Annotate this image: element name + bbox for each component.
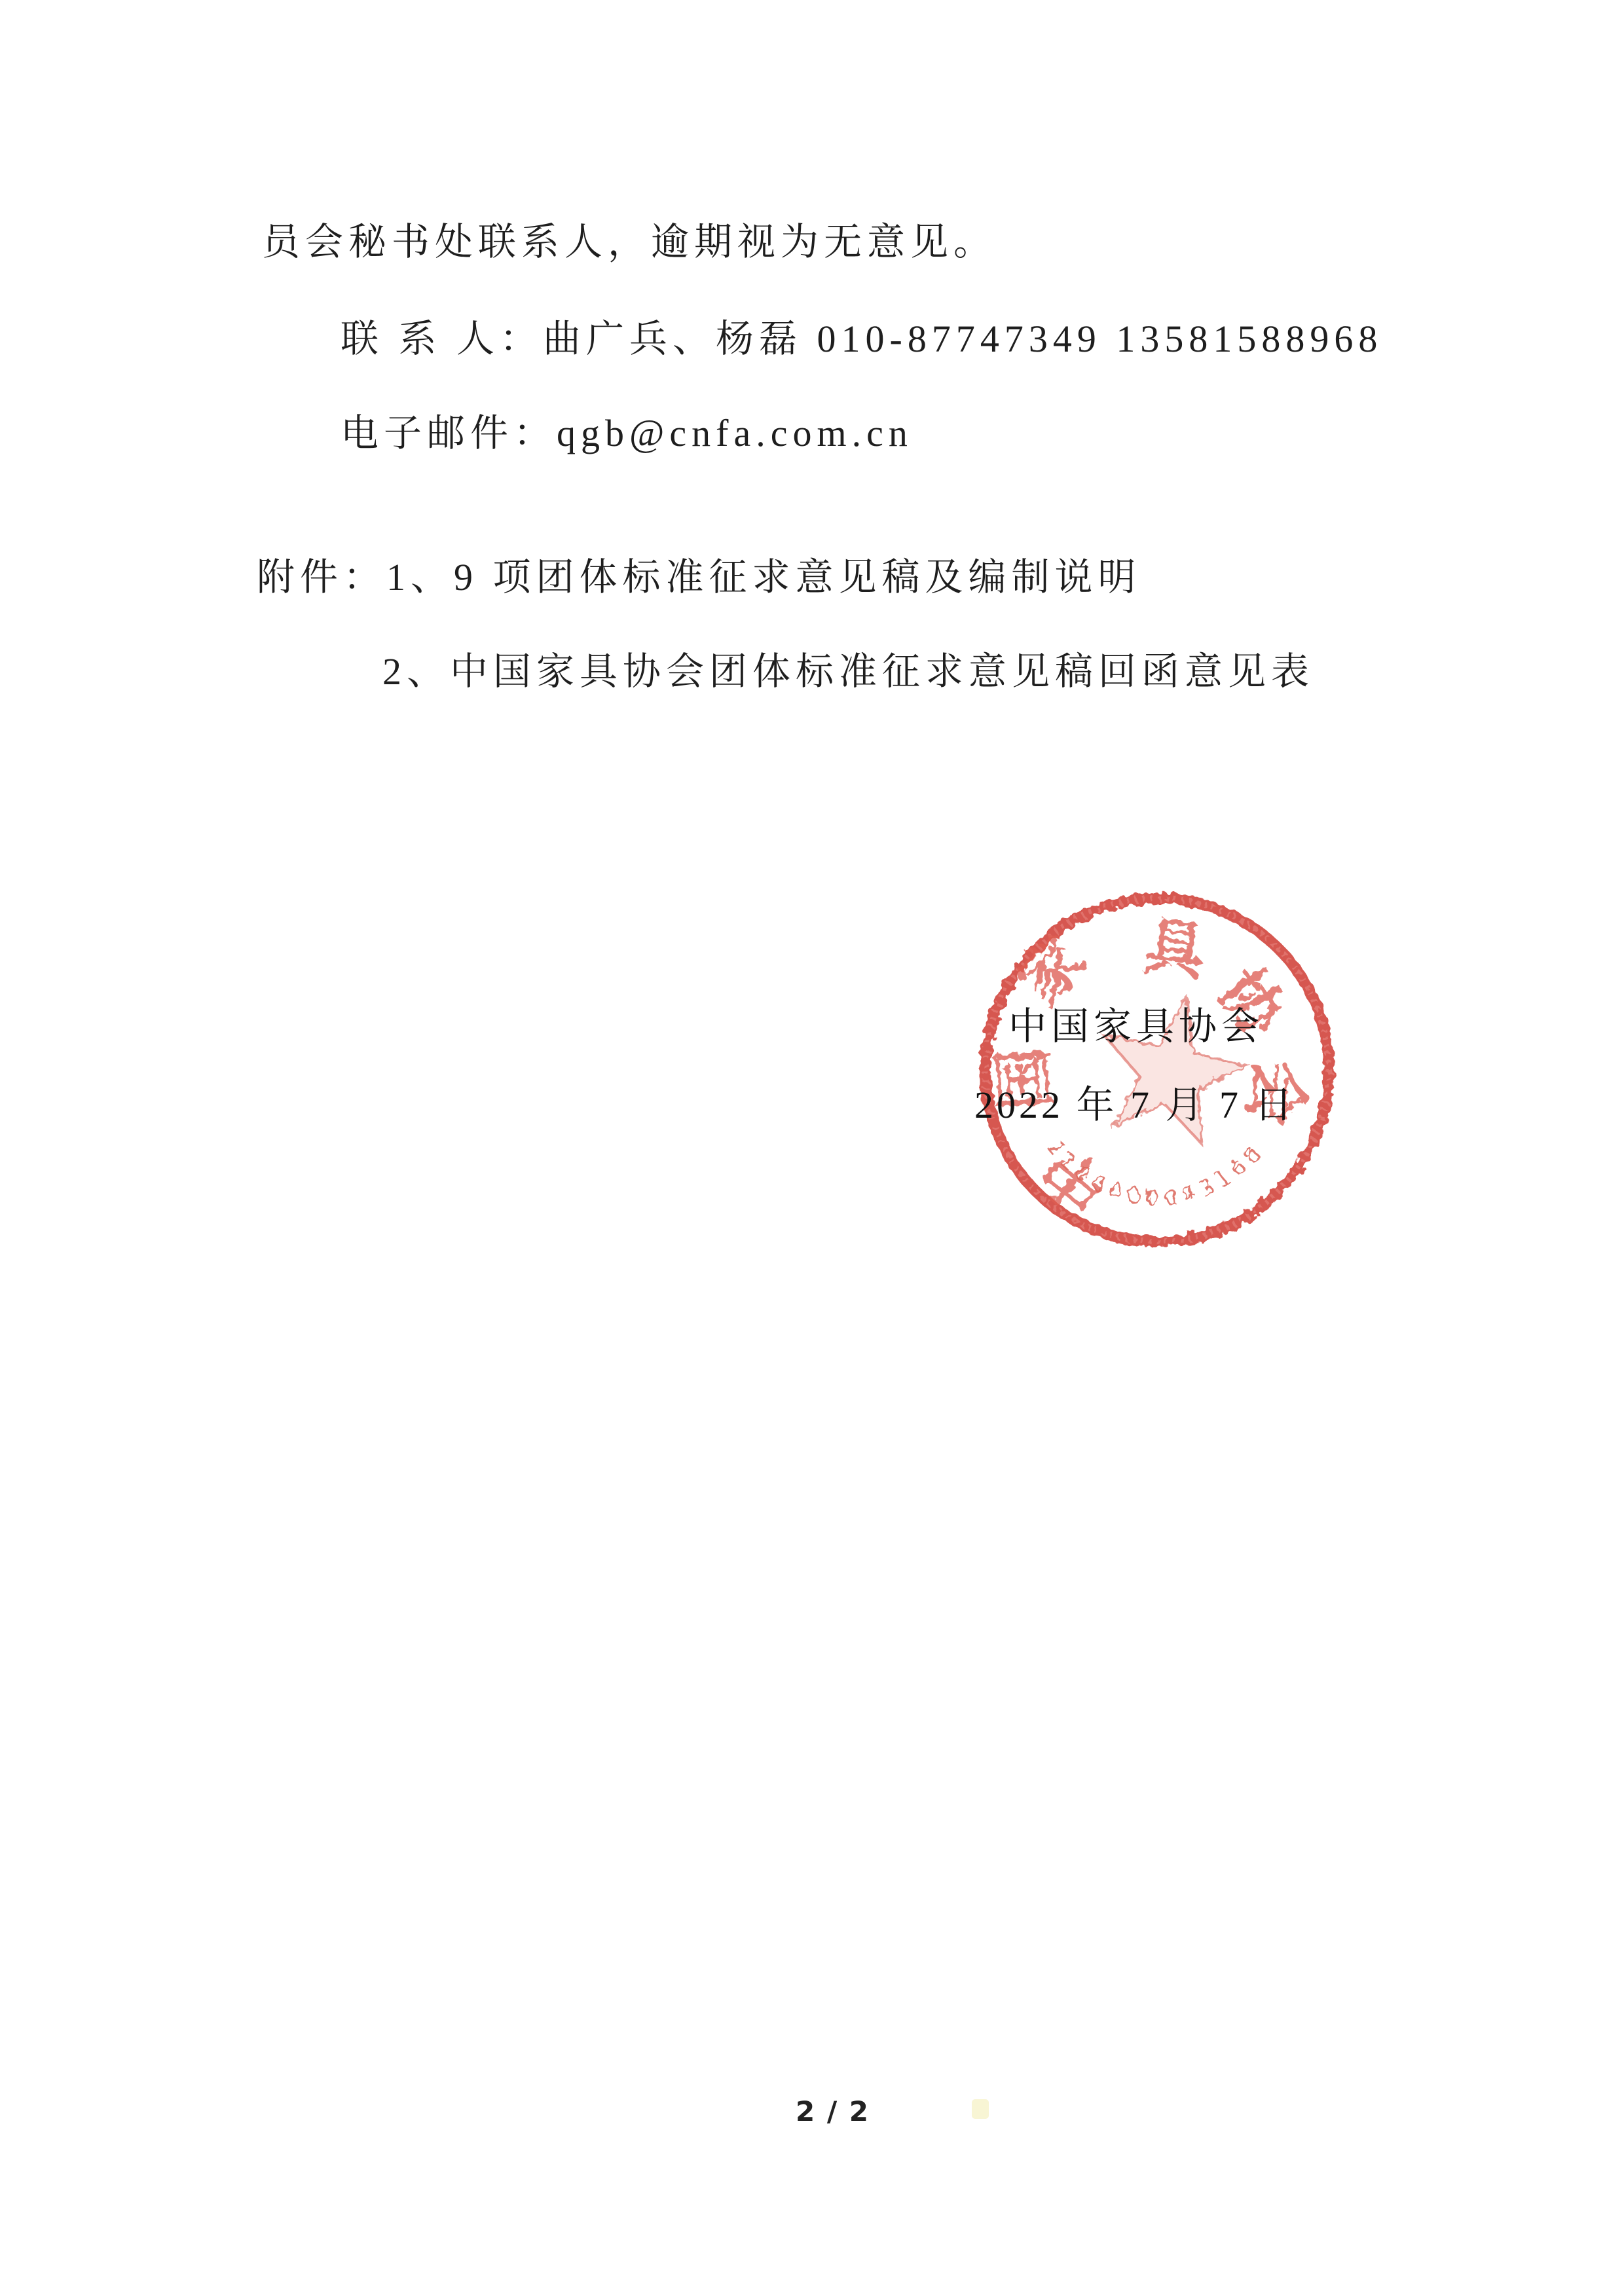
scan-artifact — [972, 2099, 989, 2119]
document-page: 员会秘书处联系人，逾期视为无意见。 联 系 人：曲广兵、杨磊 010-87747… — [0, 0, 1624, 2295]
body-line-continuation: 员会秘书处联系人，逾期视为无意见。 — [262, 221, 997, 263]
signature-organization: 中国家具协会 — [1008, 995, 1264, 1050]
contact-person-line: 联 系 人：曲广兵、杨磊 010-87747349 13581588968 — [341, 318, 1382, 360]
email-line: 电子邮件：qgb@cnfa.com.cn — [341, 413, 913, 454]
seal-ring-char: 具 — [1139, 910, 1213, 989]
signature-date: 2022 年 7 月 7 日 — [974, 1074, 1296, 1129]
attachment-line-2: 2、中国家具协会团体标准征求意见稿回函意见表 — [382, 651, 1314, 693]
attachment-line-1: 附件：1、9 项团体标准征求意见稿及编制说明 — [257, 557, 1141, 598]
page-number: 2 / 2 — [796, 2095, 870, 2127]
